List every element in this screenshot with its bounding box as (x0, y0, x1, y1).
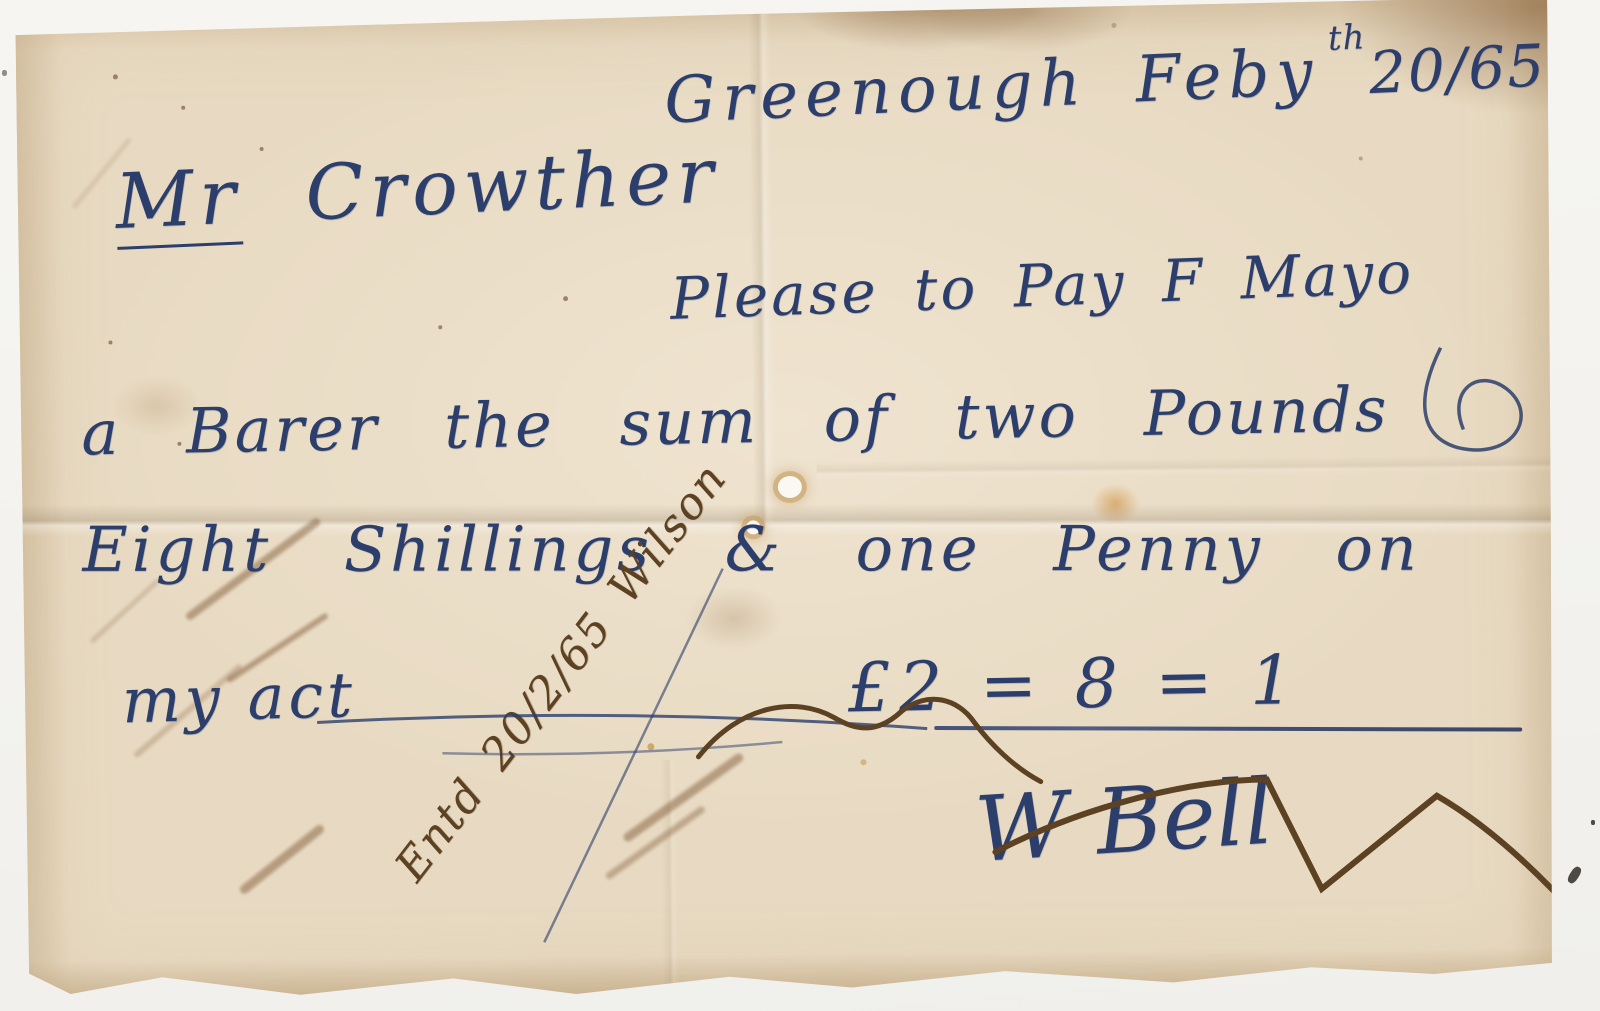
body-line-1: Please to Pay F Mayo (669, 238, 1415, 333)
background-speck (1566, 865, 1583, 885)
paper-stain-dot (861, 759, 867, 765)
body-line-4: my act (121, 658, 357, 737)
salutation-name: Crowther (303, 130, 721, 237)
scan-background: Greenough Feby th 20/65 Mr Crowther Plea… (0, 0, 1600, 1011)
strike-stroke (317, 712, 927, 735)
header-place: Greenough (663, 46, 1089, 139)
paper-speck (1359, 156, 1363, 160)
mayo-flourish (1424, 347, 1521, 451)
paper-stain-dot (429, 981, 435, 987)
paper-speck (563, 296, 568, 301)
background-speck (1591, 820, 1595, 825)
fold-crease-horizontal (816, 455, 1551, 480)
header-line: Greenough Feby th 20/65 (663, 25, 1548, 138)
pin-hole (778, 476, 802, 498)
ink-smudge (622, 752, 745, 844)
ink-smudge (238, 823, 326, 895)
body-line-2: a Barer the sum of two Pounds (81, 373, 1390, 470)
salutation-line: Mr Crowther (113, 130, 721, 246)
body-line-3: Eight Shillings & one Penny on (82, 512, 1420, 586)
ink-smudge (89, 578, 160, 644)
paper-speck (113, 74, 118, 79)
background-speck (2, 70, 7, 76)
header-day-superscript: th (1327, 17, 1366, 59)
paper-speck (108, 340, 112, 344)
fold-crease-vertical (661, 760, 679, 995)
paper-speck (181, 106, 185, 110)
document-paper: Greenough Feby th 20/65 Mr Crowther Plea… (15, 0, 1556, 1001)
paper-speck (438, 325, 442, 329)
signature: W Bell (972, 760, 1276, 883)
header-month: Feby (1134, 35, 1321, 117)
salutation-title: Mr (113, 151, 243, 250)
amount-underline (934, 726, 1522, 732)
header-day-year: 20/65 (1367, 31, 1547, 107)
amount-figure: £2 = 8 = 1 (847, 641, 1302, 728)
paper-speck (1111, 23, 1116, 28)
header-spacer (1086, 44, 1134, 46)
paper-stain-dot (647, 743, 654, 750)
